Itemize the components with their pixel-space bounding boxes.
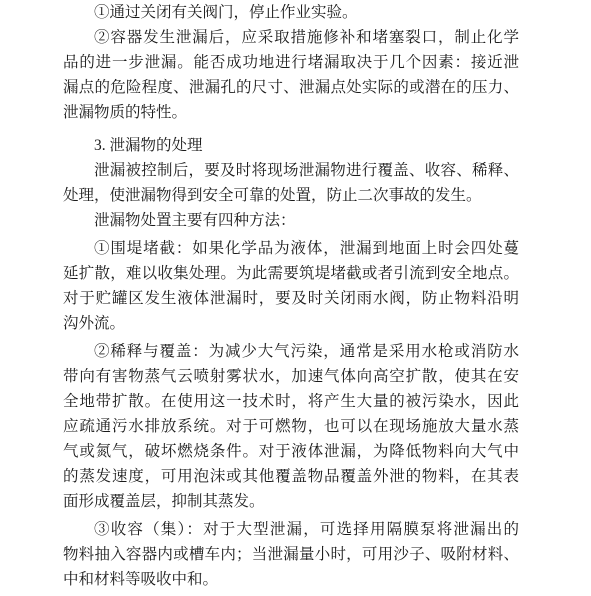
text-line: ②稀释与覆盖：为减少大气污染，通常是采用水枪或消防水 [63, 339, 519, 364]
text-line: 气或氮气，破坏燃烧条件。对于液体泄漏，为降低物料向大气中 [63, 439, 519, 464]
text-line: 泄漏物质的特性。 [63, 100, 519, 125]
text-line: ②容器发生泄漏后，应采取措施修补和堵塞裂口，制止化学 [63, 25, 519, 50]
text-line: 3. 泄漏物的处理 [63, 133, 519, 158]
text-line: 中和材料等吸收中和。 [63, 567, 519, 592]
document-text: ①通过关闭有关阀门，停止作业实验。②容器发生泄漏后，应采取措施修补和堵塞裂口，制… [63, 0, 519, 592]
text-line: 泄漏物处置主要有四种方法： [63, 208, 519, 233]
text-line: ①通过关闭有关阀门，停止作业实验。 [63, 0, 519, 25]
text-line: 泄漏被控制后，要及时将现场泄漏物进行覆盖、收容、稀释、 [63, 158, 519, 183]
text-line: 全地带扩散。在使用这一技术时，将产生大量的被污染水，因此 [63, 389, 519, 414]
text-line: 应疏通污水排放系统。对于可燃物，也可以在现场施放大量水蒸 [63, 414, 519, 439]
text-line: 延扩散，难以收集处理。为此需要筑堤堵截或者引流到安全地点。 [63, 261, 519, 286]
text-line: 面形成覆盖层，抑制其蒸发。 [63, 489, 519, 514]
text-line: 沟外流。 [63, 311, 519, 336]
text-line: 品的进一步泄漏。能否成功地进行堵漏取决于几个因素：接近泄 [63, 50, 519, 75]
text-line: ③收容（集）：对于大型泄漏，可选择用隔膜泵将泄漏出的 [63, 517, 519, 542]
text-line: 的蒸发速度，可用泡沫或其他覆盖物品覆盖外泄的物料，在其表 [63, 464, 519, 489]
document-page: ①通过关闭有关阀门，停止作业实验。②容器发生泄漏后，应采取措施修补和堵塞裂口，制… [0, 0, 591, 596]
text-line: 漏点的危险程度、泄漏孔的尺寸、泄漏点处实际的或潜在的压力、 [63, 75, 519, 100]
text-line: 处理，使泄漏物得到安全可靠的处置，防止二次事故的发生。 [63, 183, 519, 208]
text-line: 带向有害物蒸气云喷射雾状水，加速气体向高空扩散，使其在安 [63, 364, 519, 389]
text-line: 物料抽入容器内或槽车内；当泄漏量小时，可用沙子、吸附材料、 [63, 542, 519, 567]
text-line: 对于贮罐区发生液体泄漏时，要及时关闭雨水阀，防止物料沿明 [63, 286, 519, 311]
text-line: ①围堤堵截：如果化学品为液体，泄漏到地面上时会四处蔓 [63, 236, 519, 261]
